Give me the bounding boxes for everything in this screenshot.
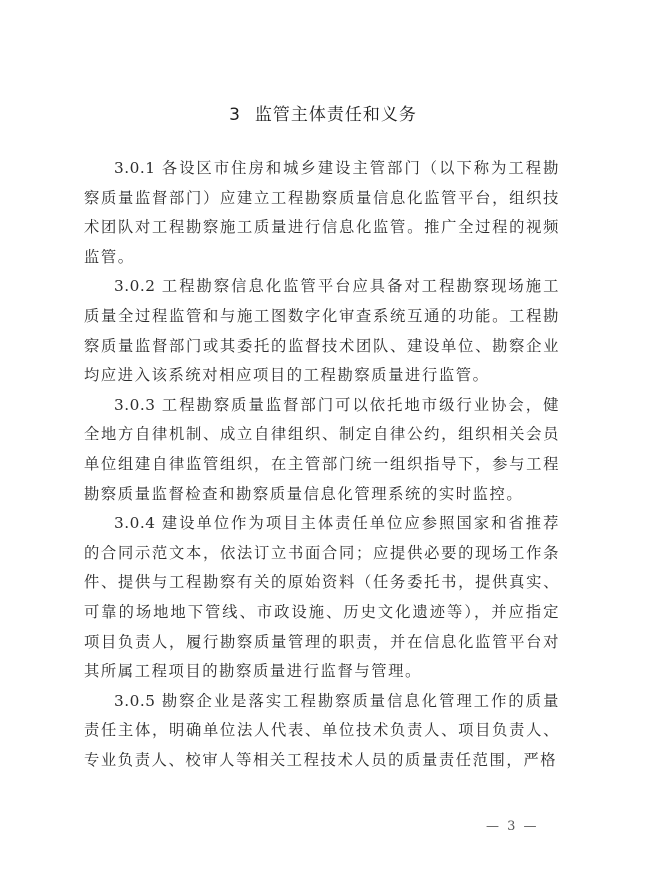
page-number: — 3 — [486,819,539,834]
clause-text: 各设区市住房和城乡建设主管部门（以下称为工程勘察质量监督部门）应建立工程勘察质量… [84,159,560,266]
section-heading: 3监管主体责任和义务 [0,100,646,125]
clause-number: 3.0.5 [114,692,155,710]
section-number: 3 [229,105,241,125]
clause-paragraph: 3.0.5勘察企业是落实工程勘察质量信息化管理工作的质量责任主体，明确单位法人代… [84,687,560,776]
clause-number: 3.0.4 [114,514,155,532]
clause-text: 工程勘察信息化监管平台应具备对工程勘察现场施工质量全过程监管和与施工图数字化审查… [84,277,560,384]
clause-number: 3.0.3 [114,396,155,414]
section-title: 监管主体责任和义务 [255,105,417,125]
clause-text: 工程勘察质量监督部门可以依托地市级行业协会，健全地方自律机制、成立自律组织、制定… [84,396,560,503]
document-body: 3.0.1各设区市住房和城乡建设主管部门（以下称为工程勘察质量监督部门）应建立工… [84,154,560,775]
clause-number: 3.0.2 [114,277,155,295]
clause-paragraph: 3.0.2工程勘察信息化监管平台应具备对工程勘察现场施工质量全过程监管和与施工图… [84,272,560,390]
clause-text: 建设单位作为项目主体责任单位应参照国家和省推荐的合同示范文本，依法订立书面合同；… [84,514,560,680]
clause-text: 勘察企业是落实工程勘察质量信息化管理工作的质量责任主体，明确单位法人代表、单位技… [84,692,560,769]
clause-number: 3.0.1 [114,159,155,177]
clause-paragraph: 3.0.4建设单位作为项目主体责任单位应参照国家和省推荐的合同示范文本，依法订立… [84,509,560,687]
clause-paragraph: 3.0.1各设区市住房和城乡建设主管部门（以下称为工程勘察质量监督部门）应建立工… [84,154,560,272]
clause-paragraph: 3.0.3工程勘察质量监督部门可以依托地市级行业协会，健全地方自律机制、成立自律… [84,391,560,509]
document-page: 3监管主体责任和义务 3.0.1各设区市住房和城乡建设主管部门（以下称为工程勘察… [0,0,646,870]
